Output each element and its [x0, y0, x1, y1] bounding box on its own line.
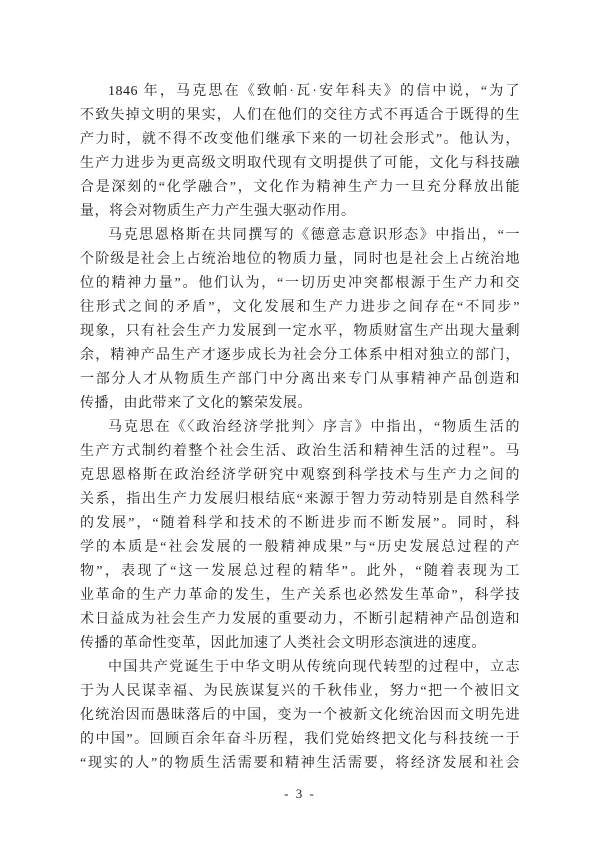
text-line: 余，精神产品生产才逐步成长为社会分工体系中相对独立的部门， — [80, 344, 520, 368]
paragraph: 马克思恩格斯在共同撰写的《德意志意识形态》中指出，“一个阶级是社会上占统治地位的… — [80, 224, 520, 416]
text-line: 一部分人才从物质生产部门中分离出来专门从事精神产品创造和 — [80, 368, 520, 392]
text-line: 合是深刻的“化学融合”，文化作为精神生产力一旦充分释放出能 — [80, 176, 520, 200]
text-line: 产力时，就不得不改变他们继承下来的一切社会形式”。他认为， — [80, 128, 520, 152]
paragraph: 中国共产党诞生于中华文明从传统向现代转型的过程中，立志于为人民谋幸福、为民族谋复… — [80, 656, 520, 776]
text-line: 于为人民谋幸福、为民族谋复兴的千秋伟业，努力“把一个被旧文 — [80, 680, 520, 704]
text-line: 往形式之间的矛盾”，文化发展和生产力进步之间存在“不同步” — [80, 296, 520, 320]
paragraph: 1846 年，马克思在《致帕·瓦·安年科夫》的信中说，“为了不致失掉文明的果实，… — [80, 80, 520, 224]
text-line: “现实的人”的物质生活需要和精神生活需要，将经济发展和社会 — [80, 752, 520, 776]
text-line: 学的本质是“社会发展的一般精神成果”与“历史发展总过程的产 — [80, 536, 520, 560]
text-line: 中国共产党诞生于中华文明从传统向现代转型的过程中，立志 — [80, 656, 520, 680]
document-body: 1846 年，马克思在《致帕·瓦·安年科夫》的信中说，“为了不致失掉文明的果实，… — [80, 80, 520, 776]
text-line: 生产力进步为更高级文明取代现有文明提供了可能，文化与科技融 — [80, 152, 520, 176]
text-line: 克思恩格斯在政治经济学研究中观察到科学技术与生产力之间的 — [80, 464, 520, 488]
text-line: 的中国”。回顾百余年奋斗历程，我们党始终把文化与科技统一于 — [80, 728, 520, 752]
text-line: 不致失掉文明的果实，人们在他们的交往方式不再适合于既得的生 — [80, 104, 520, 128]
text-line: 物”，表现了“这一发展总过程的精华”。此外，“随着表现为工 — [80, 560, 520, 584]
text-line: 传播的革命性变革，因此加速了人类社会文明形态演进的速度。 — [80, 632, 520, 656]
text-line: 化统治因而愚昧落后的中国，变为一个被新文化统治因而文明先进 — [80, 704, 520, 728]
text-line: 马克思在《〈政治经济学批判〉序言》中指出，“物质生活的 — [80, 416, 520, 440]
page-number: - 3 - — [0, 786, 600, 802]
text-line: 传播，由此带来了文化的繁荣发展。 — [80, 392, 520, 416]
text-line: 的发展”，“随着科学和技术的不断进步而不断发展”。同时，科 — [80, 512, 520, 536]
text-line: 位的精神力量”。他们认为，“一切历史冲突都根源于生产力和交 — [80, 272, 520, 296]
paragraph: 马克思在《〈政治经济学批判〉序言》中指出，“物质生活的生产方式制约着整个社会生活… — [80, 416, 520, 656]
text-line: 术日益成为社会生产力发展的重要动力，不断引起精神产品创造和 — [80, 608, 520, 632]
text-line: 1846 年，马克思在《致帕·瓦·安年科夫》的信中说，“为了 — [80, 80, 520, 104]
text-line: 个阶级是社会上占统治地位的物质力量，同时也是社会上占统治地 — [80, 248, 520, 272]
text-line: 关系，指出生产力发展归根结底“来源于智力劳动特别是自然科学 — [80, 488, 520, 512]
document-page: 1846 年，马克思在《致帕·瓦·安年科夫》的信中说，“为了不致失掉文明的果实，… — [0, 0, 600, 849]
text-line: 业革命的生产力革命的发生，生产关系也必然发生革命”，科学技 — [80, 584, 520, 608]
text-line: 马克思恩格斯在共同撰写的《德意志意识形态》中指出，“一 — [80, 224, 520, 248]
text-line: 生产方式制约着整个社会生活、政治生活和精神生活的过程”。马 — [80, 440, 520, 464]
text-line: 量，将会对物质生产力产生强大驱动作用。 — [80, 200, 520, 224]
text-line: 现象，只有社会生产力发展到一定水平，物质财富生产出现大量剩 — [80, 320, 520, 344]
